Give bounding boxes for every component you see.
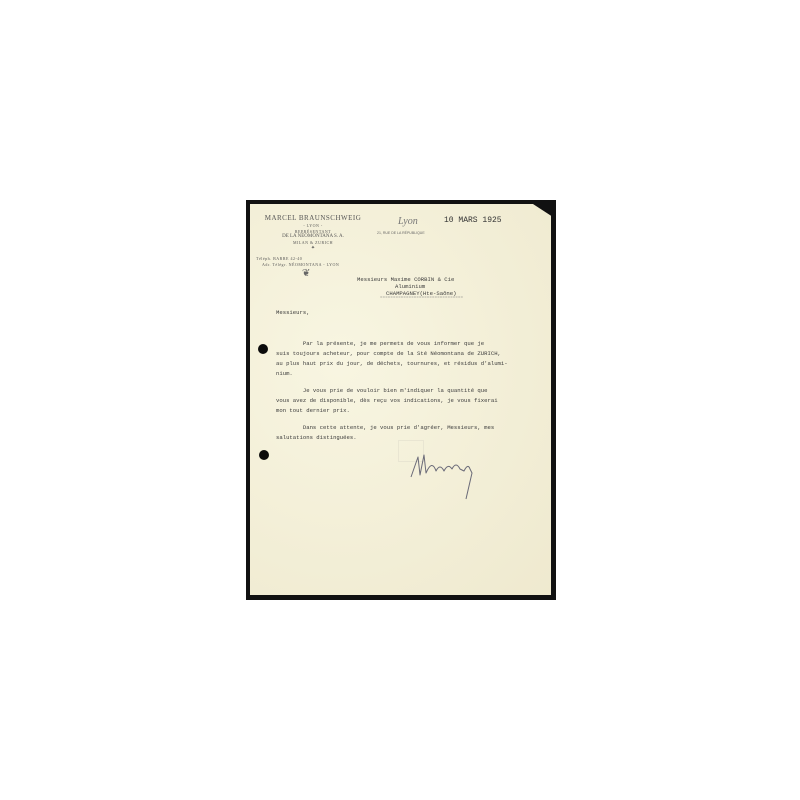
punch-hole-bottom [259, 450, 269, 460]
signature-icon [406, 449, 486, 509]
letterhead-telegraph: Adr. Télégr. NÉOMONTANA - LYON [262, 262, 339, 267]
letterhead-company: DE LA NÉOMONTANA S. A. [258, 234, 368, 239]
recipient-line-2: Aluminium [395, 283, 425, 290]
ornament-icon: ❦ [302, 268, 310, 279]
recipient-line-1: Messieurs Maxime CORBIN & Cie [357, 276, 454, 283]
letterhead-telephone: Téléph. BARRE 42-40 [256, 256, 302, 261]
letterhead-street: 21, RUE DE LA RÉPUBLIQUE [377, 231, 425, 235]
letter-date: 10 MARS 1925 [444, 216, 502, 225]
paragraph-2: Je vous prie de vouloir bien m'indiquer … [276, 386, 498, 416]
paragraph-1: Par la présente, je me permets de vous i… [276, 339, 508, 379]
punch-hole-top [258, 344, 268, 354]
letterhead-city: - LYON - [258, 223, 368, 228]
paragraph-3: Dans cette attente, je vous prie d'agrée… [276, 423, 494, 443]
letterhead-name: MARCEL BRAUNSCHWEIG [258, 214, 368, 222]
recipient-underline: ================================ [380, 296, 463, 300]
letterhead-star-icon: ✦ [258, 245, 368, 251]
letter-page: MARCEL BRAUNSCHWEIG - LYON - REPRÉSENTAN… [250, 204, 551, 595]
salutation: Messieurs, [276, 309, 310, 316]
letterhead-city-script: Lyon [398, 216, 418, 227]
